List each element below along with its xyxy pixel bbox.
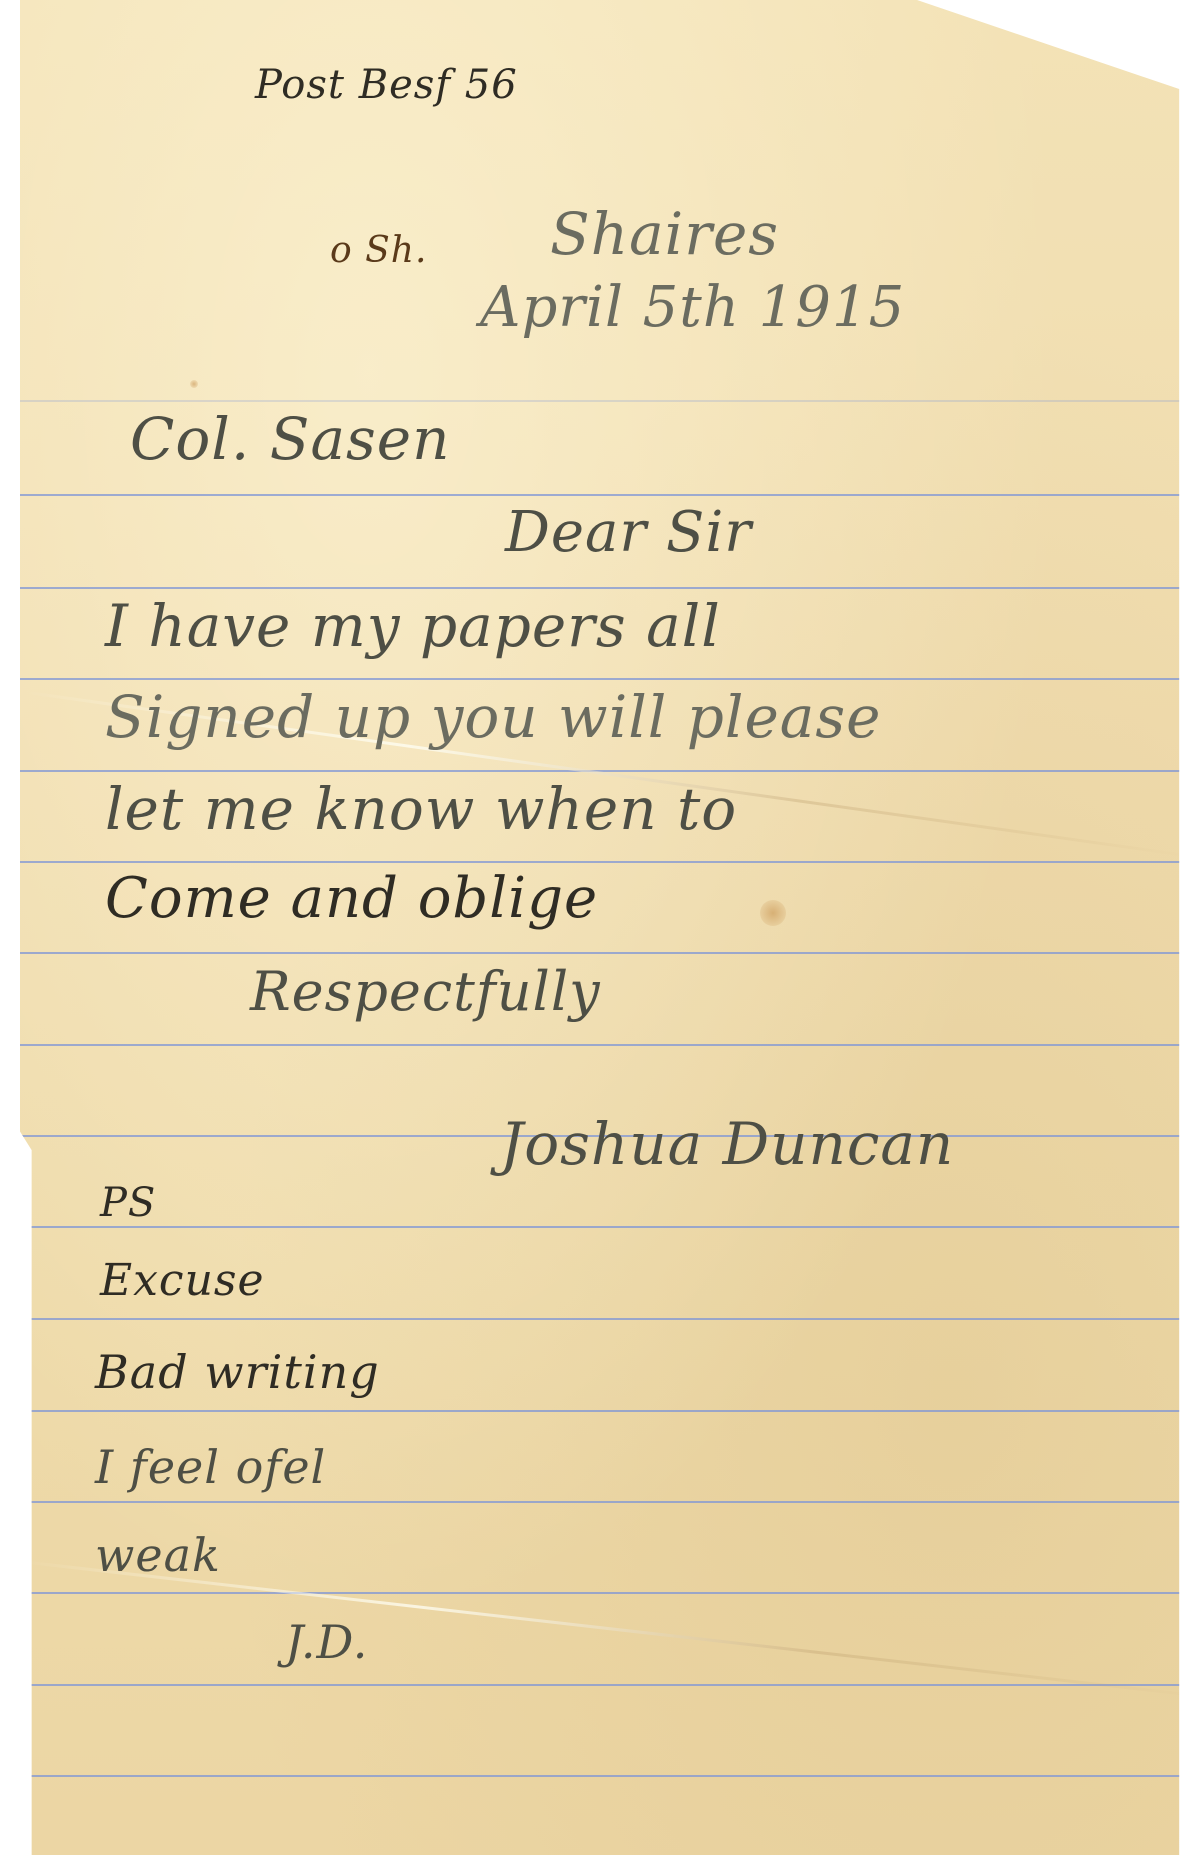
closing: Respectfully bbox=[250, 960, 601, 1023]
postscript-line-4: weak bbox=[95, 1528, 221, 1582]
rule-line bbox=[20, 1044, 1185, 1046]
body-line-1: I have my papers all bbox=[105, 592, 721, 660]
rule-line bbox=[20, 861, 1185, 863]
postscript-line-3: I feel ofel bbox=[95, 1440, 326, 1494]
rule-line bbox=[20, 1410, 1185, 1412]
postscript-line-1: Excuse bbox=[100, 1255, 265, 1306]
post-reference: Post Besf 56 bbox=[255, 62, 518, 108]
addressee: Col. Sasen bbox=[130, 405, 450, 473]
salutation: Dear Sir bbox=[505, 500, 752, 565]
stain bbox=[190, 380, 198, 388]
postscript-line-2: Bad writing bbox=[95, 1345, 380, 1399]
rule-line bbox=[20, 494, 1185, 496]
body-line-2: Signed up you will please bbox=[105, 683, 881, 751]
rule-line bbox=[20, 1501, 1185, 1503]
rule-line bbox=[20, 1318, 1185, 1320]
rule-line bbox=[20, 1592, 1185, 1594]
signature: Joshua Duncan bbox=[500, 1110, 954, 1178]
place-prefix: o Sh. bbox=[330, 230, 427, 271]
postscript-initials: J.D. bbox=[285, 1615, 368, 1669]
rule-line bbox=[20, 1226, 1185, 1228]
rule-line bbox=[20, 1775, 1185, 1777]
letter-date: April 5th 1915 bbox=[480, 275, 905, 340]
rule-line bbox=[20, 400, 1185, 402]
body-line-4: Come and oblige bbox=[105, 866, 598, 931]
body-line-3: let me know when to bbox=[105, 775, 737, 843]
letter-paper: Post Besf 56 o Sh. Shaires April 5th 191… bbox=[20, 0, 1185, 1855]
rule-line bbox=[20, 678, 1185, 680]
postscript-label: PS bbox=[100, 1180, 156, 1226]
stain bbox=[760, 900, 786, 926]
rule-line bbox=[20, 952, 1185, 954]
rule-line bbox=[20, 587, 1185, 589]
rule-line bbox=[20, 1684, 1185, 1686]
place-name: Shaires bbox=[550, 200, 779, 268]
